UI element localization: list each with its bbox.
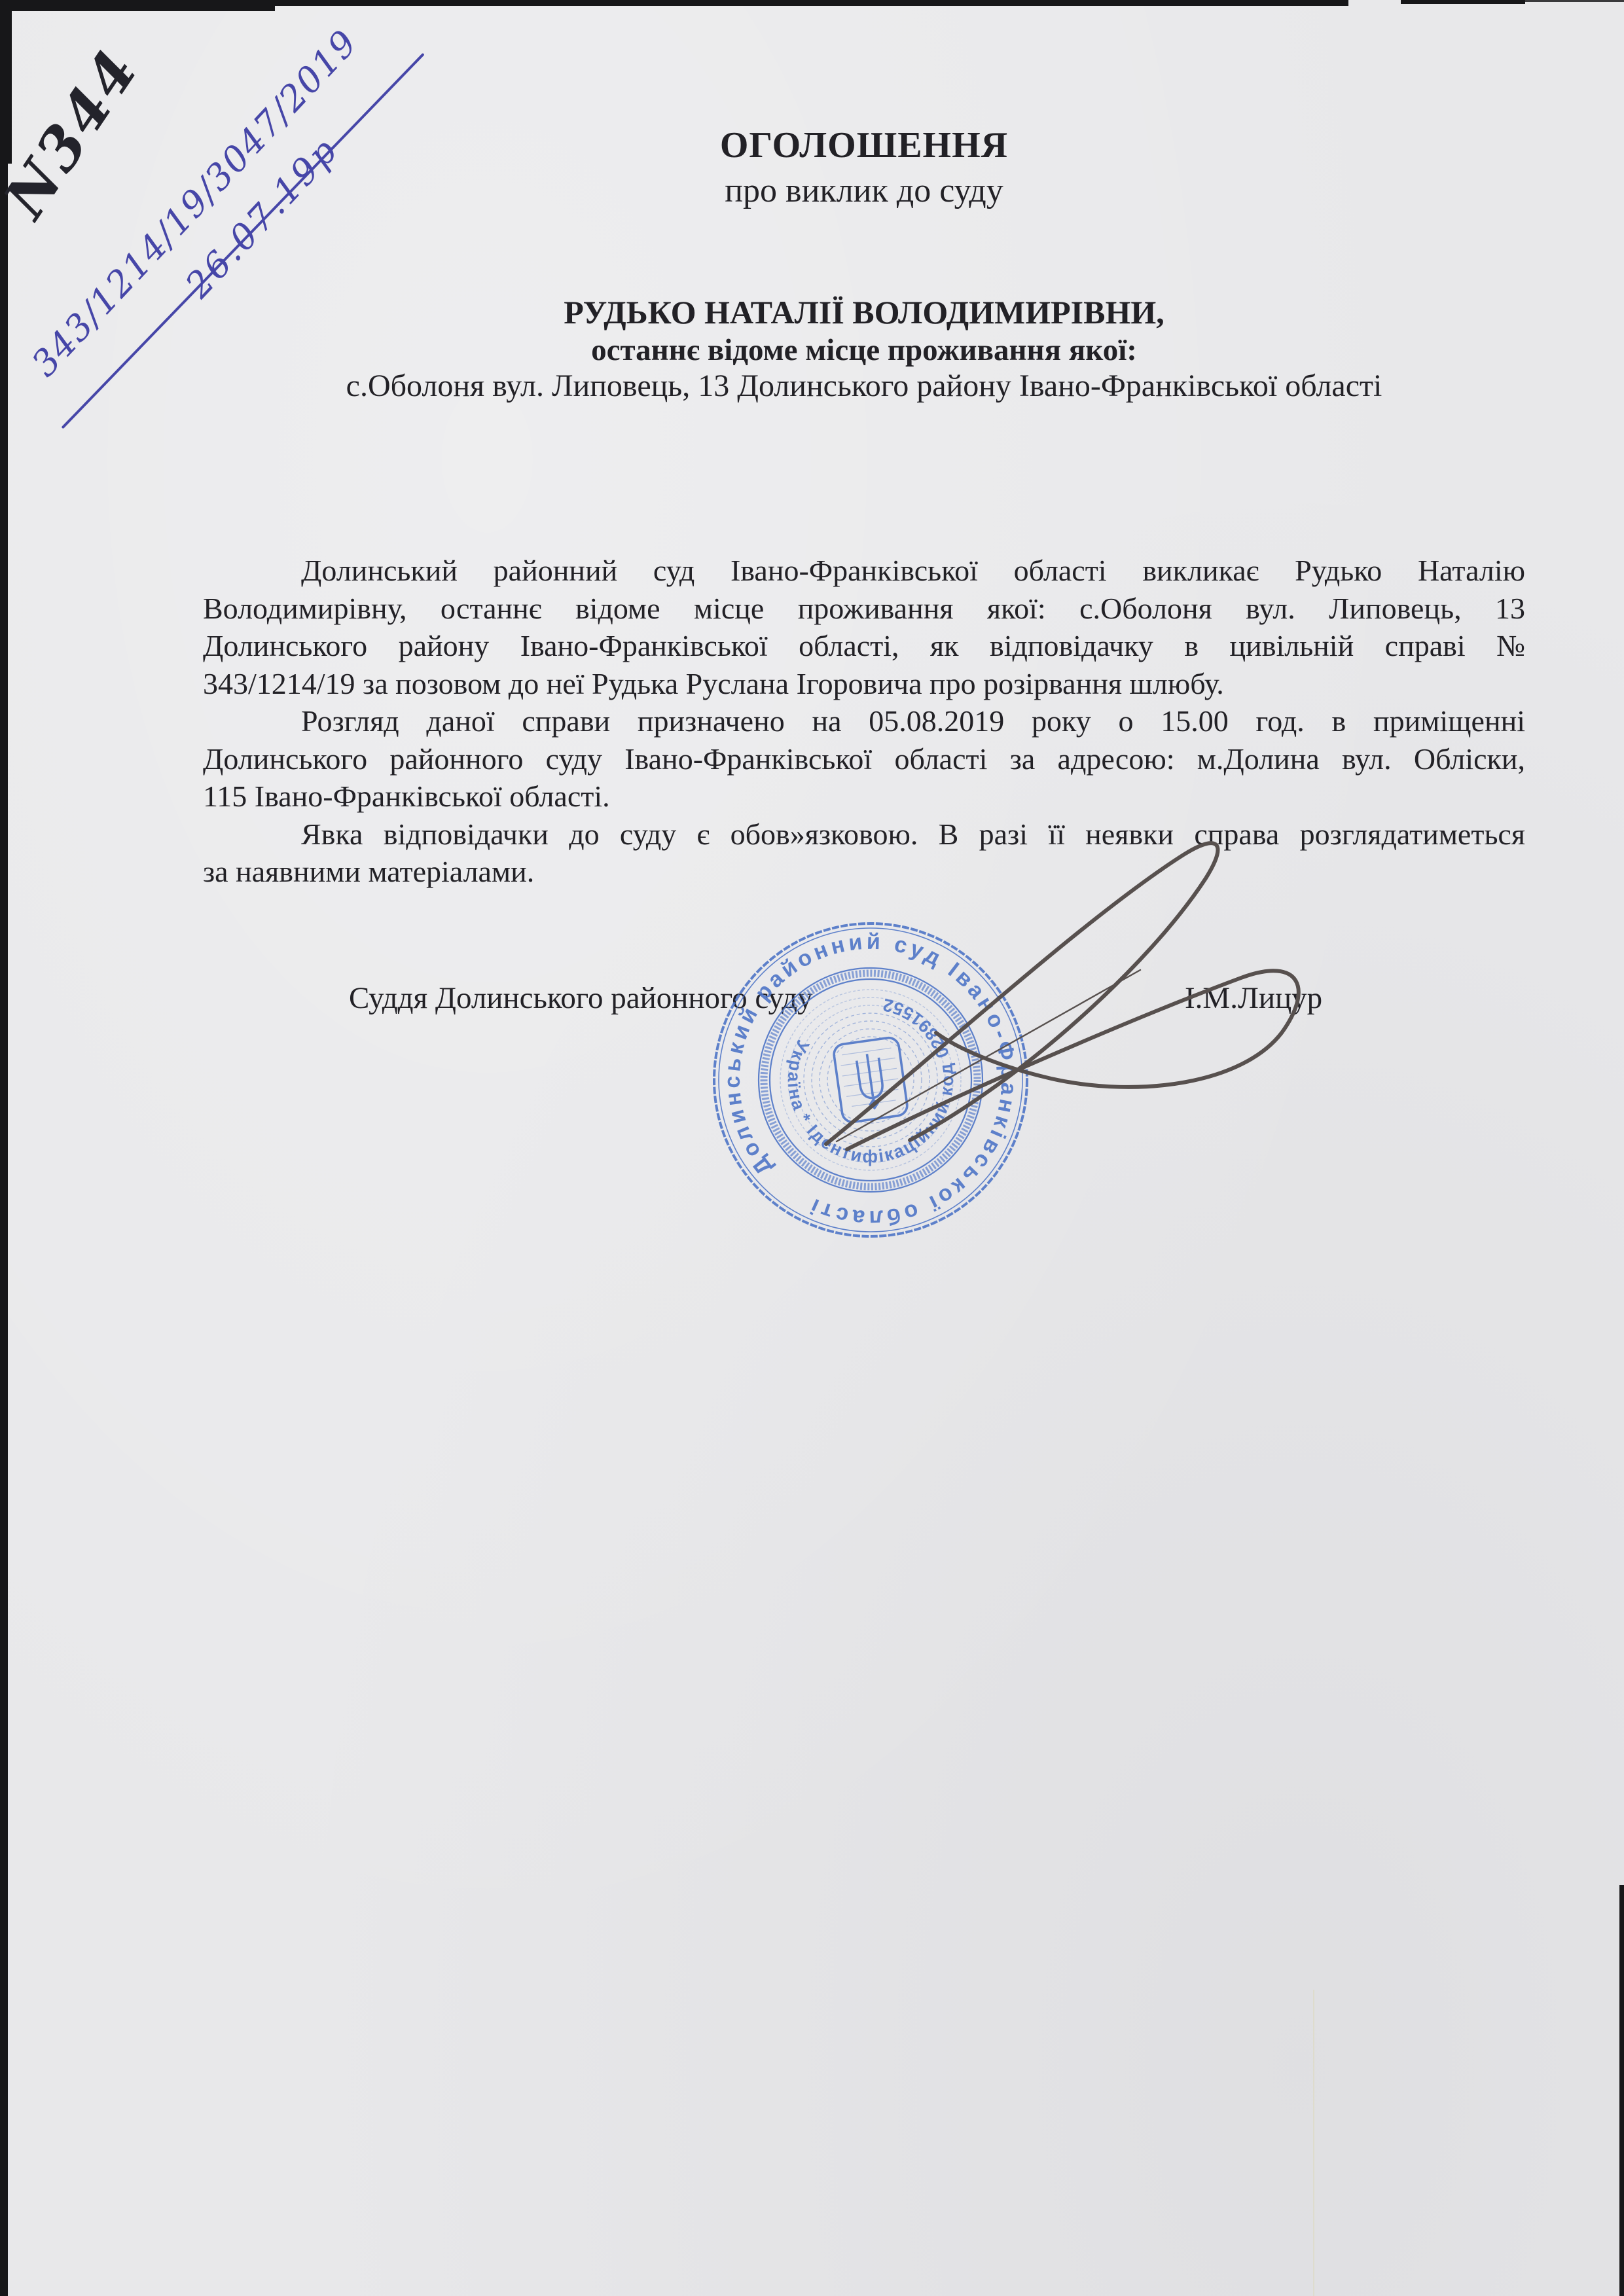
scan-edge-right <box>1619 1885 1624 2296</box>
stamp-outer-text: Долинський районний суд Івано-Франківськ… <box>658 867 1084 1293</box>
addressee-residence-label: останнє відоме місце проживання якої: <box>203 332 1525 368</box>
paragraph-line: Розгляд даної справи призначено на 05.08… <box>203 702 1525 740</box>
addressee-name: РУДЬКО НАТАЛІЇ ВОЛОДИМИРІВНИ, <box>203 293 1525 331</box>
paragraph-line: Долинського району Івано-Франківської об… <box>203 627 1525 665</box>
paragraph-line: Долинський районний суд Івано-Франківськ… <box>203 552 1525 590</box>
document-title: ОГОЛОШЕННЯ <box>203 124 1525 166</box>
document-subtitle: про виклик до суду <box>203 171 1525 210</box>
scan-edge-top-segment <box>1401 0 1525 4</box>
signature-label: Суддя Долинського районного суду <box>349 980 813 1016</box>
signature-name: І.М.Лицур <box>1185 980 1322 1016</box>
scan-edge-top-thick <box>0 0 275 11</box>
stamp-guilloche-inner <box>804 1013 937 1147</box>
stamp-outer-edge-inner <box>719 928 1022 1232</box>
paragraph-line: Явка відповідачки до суду є обов»язковою… <box>203 816 1525 853</box>
stamp-guilloche <box>780 990 961 1170</box>
paragraph-line: 343/1214/19 за позовом до неї Рудька Рус… <box>203 665 1525 703</box>
paragraph-line: Володимирівну, останнє відоме місце прож… <box>203 590 1525 628</box>
court-stamp: Долинський районний суд Івано-Франківськ… <box>658 867 1084 1293</box>
paragraph-line: 115 Івано-Франківської області. <box>203 778 1525 816</box>
scan-edge-left <box>0 0 8 2296</box>
scan-edge-left-thick <box>0 0 12 164</box>
svg-text:Долинський районний суд Івано-: Долинський районний суд Івано-Франківськ… <box>658 867 1084 1293</box>
signature-hairline <box>837 970 1140 1141</box>
scan-edge-top-faint <box>1525 0 1624 2</box>
paragraph-line: за наявними матеріалами. <box>203 853 1525 891</box>
scanned-court-announcement: N344 343/1214/19/3047/2019 26.07.19р ОГО… <box>0 0 1624 2296</box>
handwritten-registration-number: N344 <box>0 36 151 229</box>
trident-emblem <box>833 1037 909 1124</box>
paragraph-line: Долинського районного суду Івано-Франків… <box>203 740 1525 778</box>
addressee-address: с.Оболоня вул. Липовець, 13 Долинського … <box>203 368 1525 404</box>
body-text: Долинський районний суд Івано-Франківськ… <box>203 552 1525 891</box>
stamp-outer-edge <box>714 924 1027 1236</box>
scan-artifact-line <box>1313 1990 1314 2296</box>
